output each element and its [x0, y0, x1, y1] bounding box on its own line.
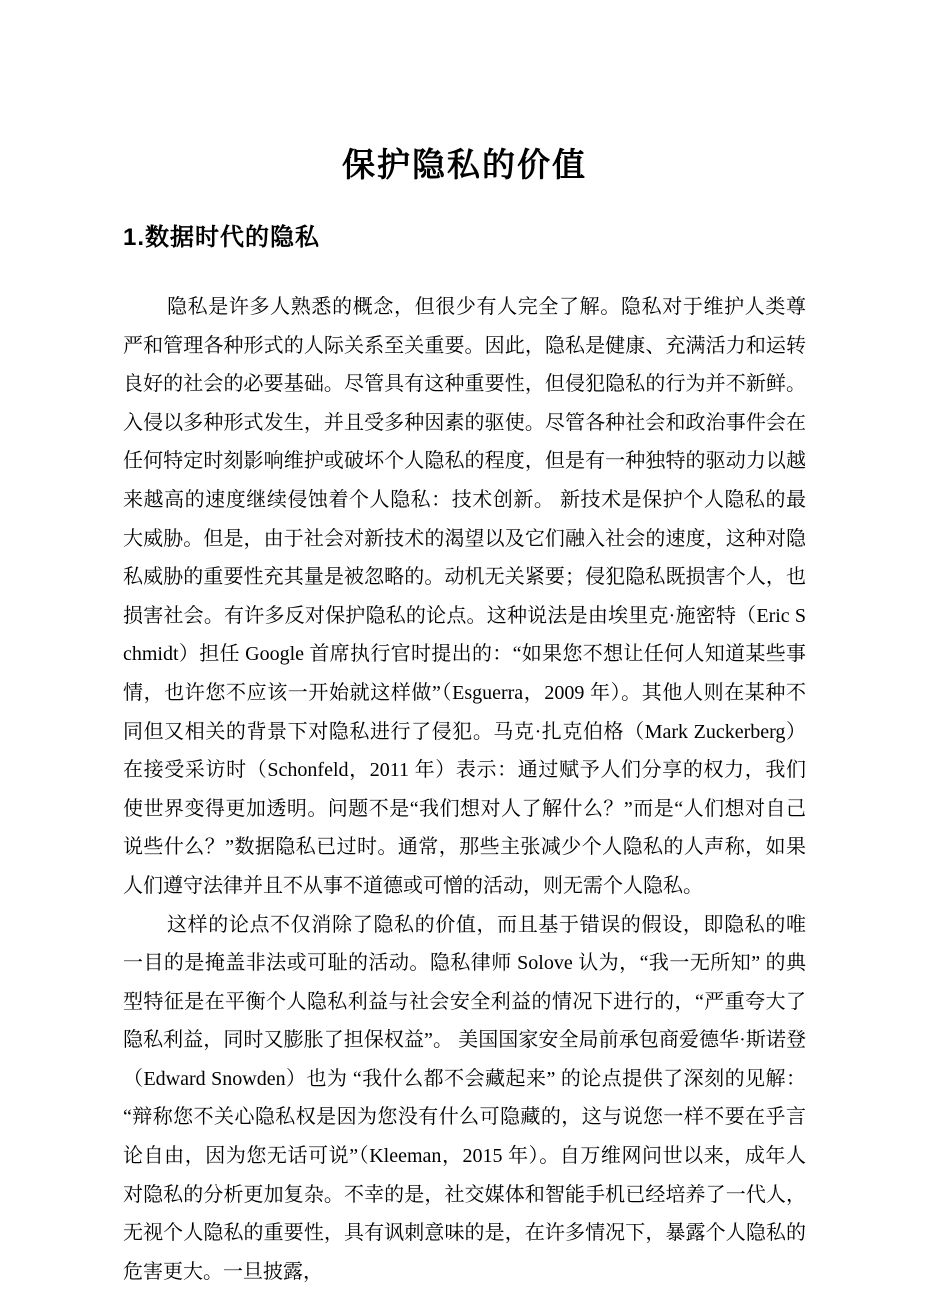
section-heading: 1.数据时代的隐私: [123, 222, 806, 254]
body-paragraph-1: 隐私是许多人熟悉的概念，但很少有人完全了解。隐私对于维护人类尊严和管理各种形式的…: [123, 288, 806, 906]
document-page: 保护隐私的价值 1.数据时代的隐私 隐私是许多人熟悉的概念，但很少有人完全了解。…: [0, 0, 925, 1309]
body-paragraph-2: 这样的论点不仅消除了隐私的价值，而且基于错误的假设，即隐私的唯一目的是掩盖非法或…: [123, 906, 806, 1292]
document-title: 保护隐私的价值: [123, 142, 806, 190]
